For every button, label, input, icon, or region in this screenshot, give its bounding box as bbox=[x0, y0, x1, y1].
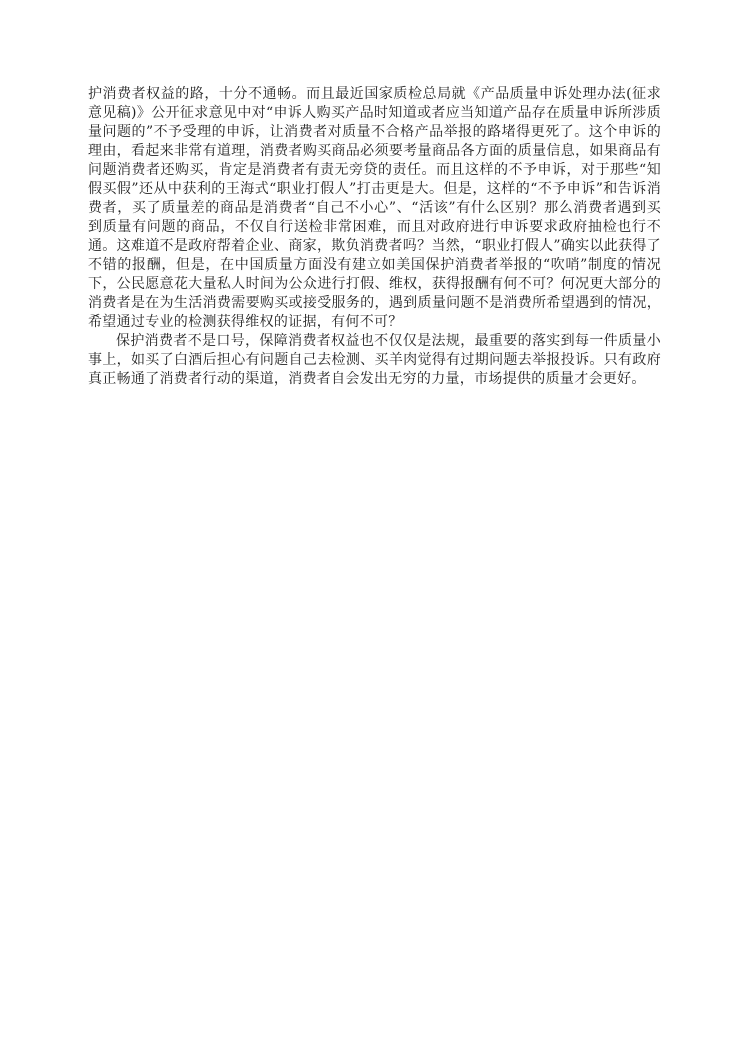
paragraph-closing: 保护消费者不是口号，保障消费者权益也不仅仅是法规，最重要的落实到每一件质量小事上… bbox=[88, 332, 661, 389]
paragraph-continuation: 护消费者权益的路，十分不通畅。而且最近国家质检总局就《产品质量申诉处理办法(征求… bbox=[88, 85, 661, 332]
text-block: 护消费者权益的路，十分不通畅。而且最近国家质检总局就《产品质量申诉处理办法(征求… bbox=[88, 85, 661, 389]
document-page: 护消费者权益的路，十分不通畅。而且最近国家质检总局就《产品质量申诉处理办法(征求… bbox=[0, 0, 750, 1061]
